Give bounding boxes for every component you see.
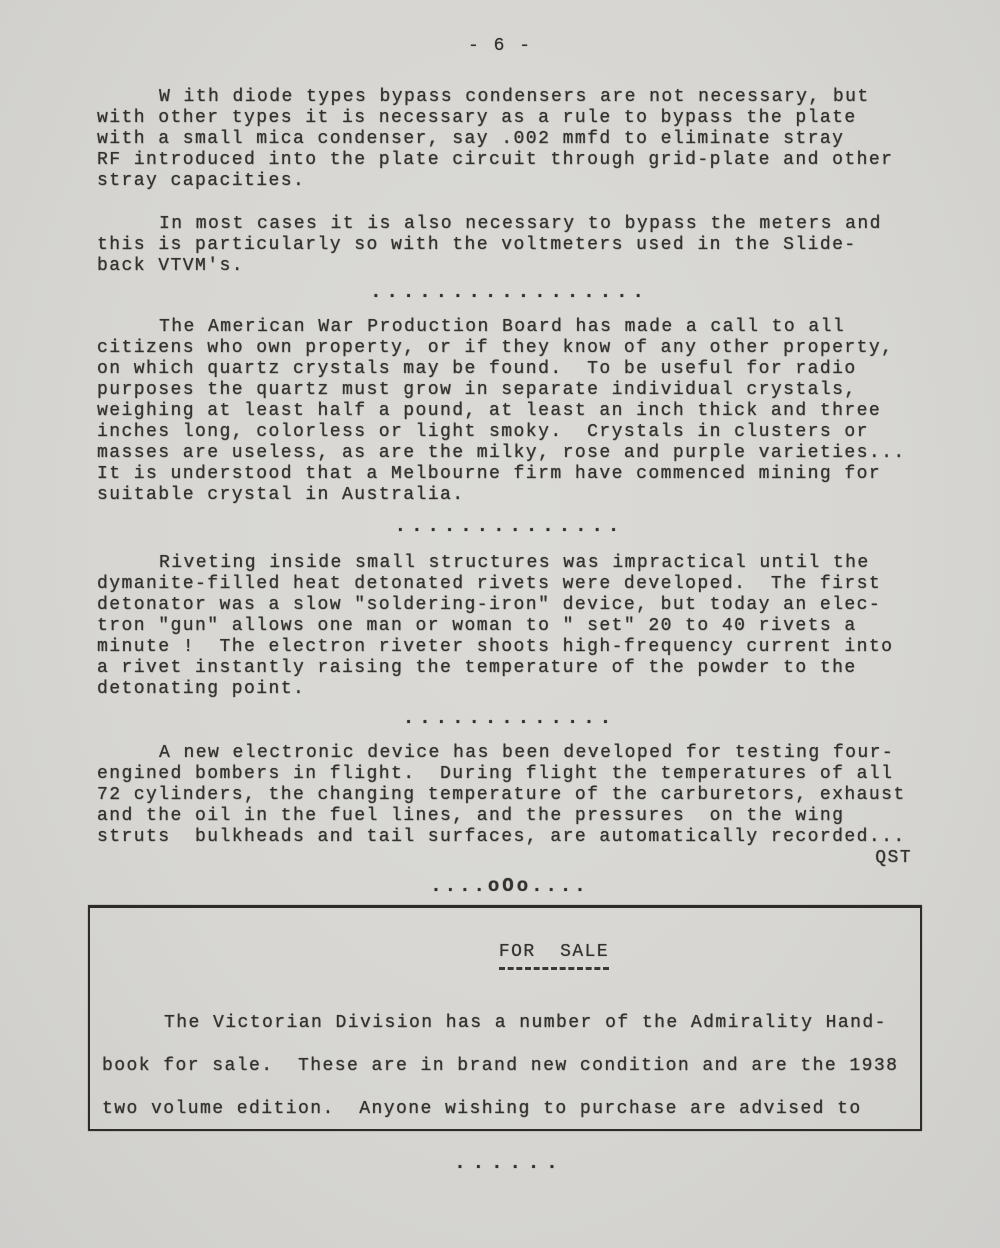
scanned-page: - 6 - W ith diode types bypass condenser… [0, 0, 1000, 1248]
paragraph-line: purposes the quartz must grow in separat… [97, 380, 922, 401]
paragraph-line: struts bulkheads and tail surfaces, are … [97, 827, 922, 848]
box-line: The Victorian Division has a number of t… [90, 1013, 920, 1034]
paragraph-line: detonating point. [97, 679, 922, 700]
paragraph-line: Riveting inside small structures was imp… [97, 553, 922, 574]
paragraph-line: RF introduced into the plate circuit thr… [97, 150, 922, 171]
paragraph-line: with a small mica condenser, say .002 mm… [97, 129, 922, 150]
paragraph-line: tron "gun" allows one man or woman to " … [97, 616, 922, 637]
paragraph-line: this is particularly so with the voltmet… [97, 235, 922, 256]
paragraph-line: 72 cylinders, the changing temperature o… [97, 785, 922, 806]
paragraph-line: A new electronic device has been develop… [97, 743, 922, 764]
paragraph-line: engined bombers in flight. During flight… [97, 764, 922, 785]
paragraph-line: The American War Production Board has ma… [97, 317, 922, 338]
paragraph-quartz-crystals: The American War Production Board has ma… [97, 317, 922, 506]
box-line: two volume edition. Anyone wishing to pu… [90, 1099, 920, 1120]
paragraph-line: stray capacities. [97, 171, 922, 192]
for-sale-heading: FOR SALE [90, 921, 920, 991]
paragraph-line: suitable crystal in Australia. [97, 485, 922, 506]
for-sale-heading-text: FOR SALE [499, 942, 609, 970]
paragraph-line: minute ! The electron riveter shoots hig… [97, 637, 922, 658]
paragraph-line: back VTVM's. [97, 256, 922, 277]
paragraph-line: In most cases it is also necessary to by… [97, 214, 922, 235]
paragraph-line: detonator was a slow "soldering-iron" de… [97, 595, 922, 616]
paragraph-bomber-testing: A new electronic device has been develop… [97, 743, 922, 869]
paragraph-line: weighing at least half a pound, at least… [97, 401, 922, 422]
paragraph-meter-bypass: In most cases it is also necessary to by… [97, 214, 922, 277]
paragraph-line: inches long, colorless or light smoky. C… [97, 422, 922, 443]
page-number: - 6 - [0, 0, 1000, 57]
source-attribution: QST [97, 848, 922, 869]
end-dots: ...... [97, 1153, 922, 1174]
page-content: W ith diode types bypass condensers are … [0, 87, 1000, 1174]
paragraph-line: on which quartz crystals may be found. T… [97, 359, 922, 380]
ooo-separator: ....oOo.... [97, 876, 922, 897]
dotted-separator: .............. [97, 516, 922, 537]
paragraph-line: and the oil in the fuel lines, and the p… [97, 806, 922, 827]
paragraph-diode-bypass: W ith diode types bypass condensers are … [97, 87, 922, 192]
paragraph-line: a rivet instantly raising the temperatur… [97, 658, 922, 679]
dotted-separator: ............. [97, 708, 922, 729]
paragraph-line: dymanite-filled heat detonated rivets we… [97, 574, 922, 595]
paragraph-line: W ith diode types bypass condensers are … [97, 87, 922, 108]
paragraph-line: masses are useless, as are the milky, ro… [97, 443, 922, 464]
paragraph-line: citizens who own property, or if they kn… [97, 338, 922, 359]
paragraph-line: It is understood that a Melbourne firm h… [97, 464, 922, 485]
paragraph-line: with other types it is necessary as a ru… [97, 108, 922, 129]
dotted-separator: ................. [97, 282, 922, 303]
for-sale-box: FOR SALE The Victorian Division has a nu… [88, 905, 922, 1131]
box-line: book for sale. These are in brand new co… [90, 1056, 920, 1077]
paragraph-riveting: Riveting inside small structures was imp… [97, 553, 922, 700]
